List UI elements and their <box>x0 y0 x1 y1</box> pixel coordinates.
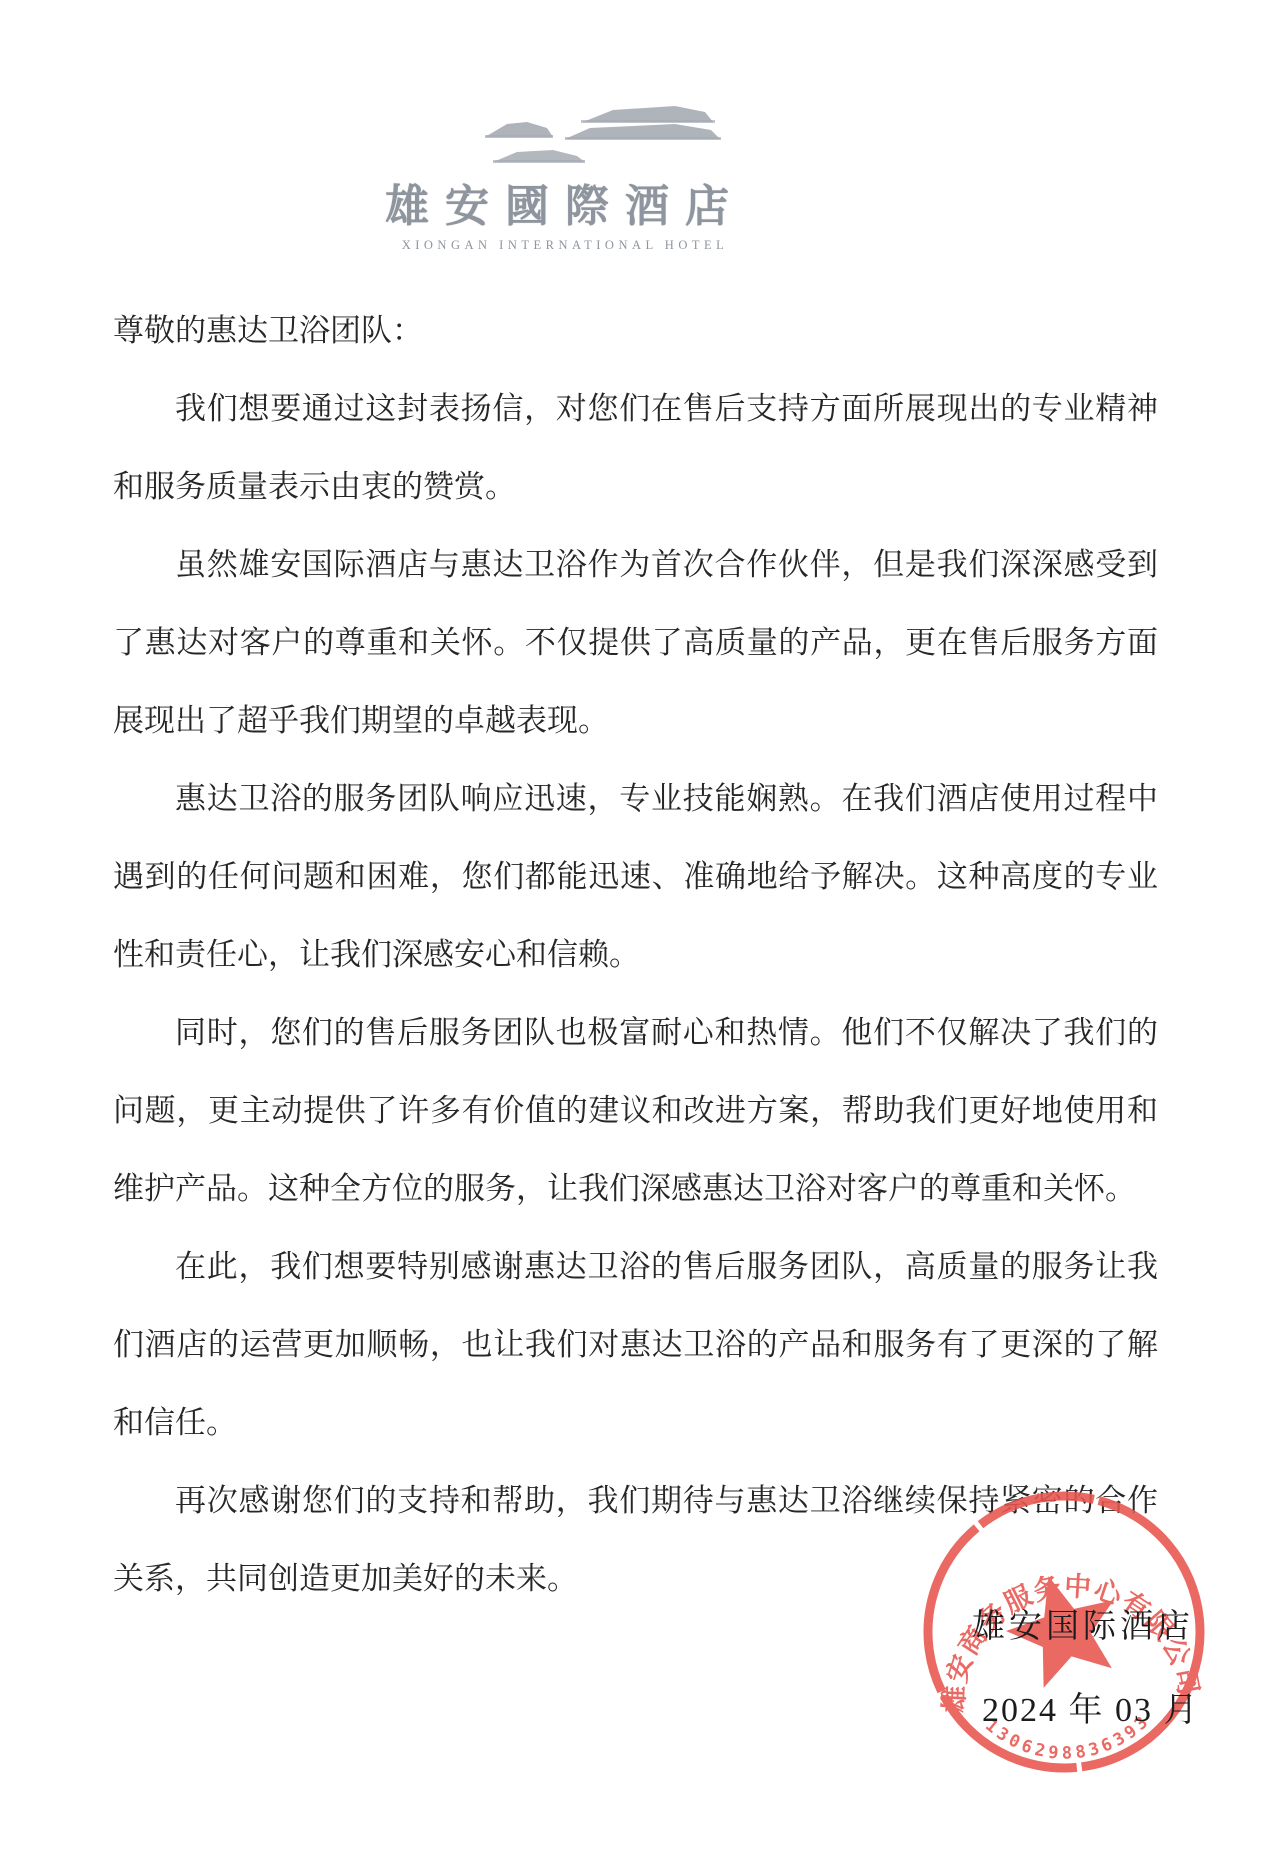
letter-page: 雄安國際酒店 XIONGAN INTERNATIONAL HOTEL 尊敬的惠达… <box>0 0 1269 1859</box>
paragraph-5: 在此，我们想要特别感谢惠达卫浴的售后服务团队，高质量的服务让我们酒店的运营更加顺… <box>113 1228 1158 1462</box>
hotel-name-english: XIONGAN INTERNATIONAL HOTEL <box>375 238 755 253</box>
paragraph-3: 惠达卫浴的服务团队响应迅速，专业技能娴熟。在我们酒店使用过程中遇到的任何问题和困… <box>113 760 1158 994</box>
salutation: 尊敬的惠达卫浴团队： <box>113 292 1158 370</box>
signature-date: 2024 年 03 月 <box>982 1682 1200 1731</box>
hotel-logo: 雄安國際酒店 XIONGAN INTERNATIONAL HOTEL <box>375 82 755 227</box>
cloud-small-icon <box>375 140 755 168</box>
hotel-name-chinese: 雄安國際酒店 <box>375 170 755 234</box>
paragraph-4: 同时，您们的售后服务团队也极富耐心和热情。他们不仅解决了我们的问题，更主动提供了… <box>113 994 1158 1228</box>
letter-body: 尊敬的惠达卫浴团队： 我们想要通过这封表扬信，对您们在售后支持方面所展现出的专业… <box>113 292 1158 1618</box>
signature-hotel-name: 雄安国际酒店 <box>972 1600 1194 1647</box>
paragraph-1: 我们想要通过这封表扬信，对您们在售后支持方面所展现出的专业精神和服务质量表示由衷… <box>113 370 1158 526</box>
clouds-icon <box>375 82 755 140</box>
paragraph-2: 虽然雄安国际酒店与惠达卫浴作为首次合作伙伴，但是我们深深感受到了惠达对客户的尊重… <box>113 526 1158 760</box>
